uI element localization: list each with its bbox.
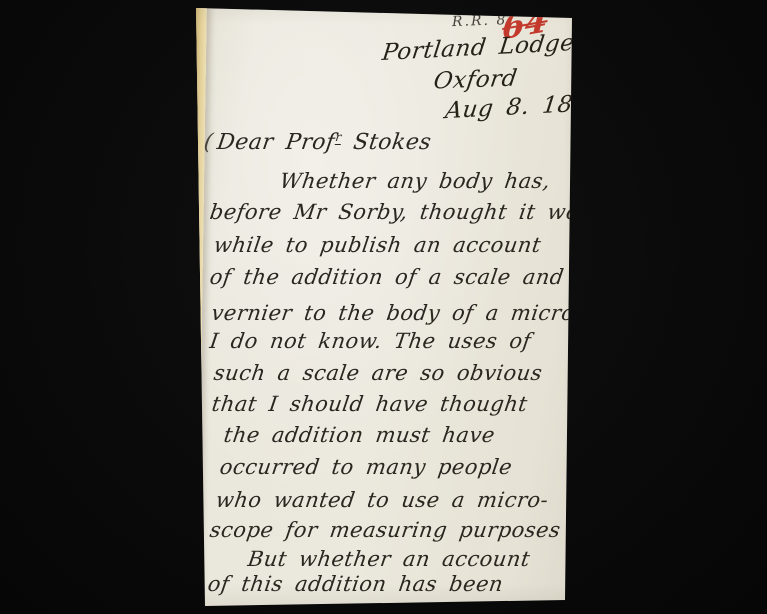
greeting-post: Stokes — [339, 130, 433, 155]
letter-line: such a scale are so obvious — [212, 359, 544, 387]
address-line-lodge: Portland Lodge — [381, 29, 577, 67]
letter-line: the addition must have — [222, 421, 497, 449]
letter-line: vernier to the body of a microscope — [210, 294, 620, 327]
letter-line: of this addition has been — [206, 570, 505, 598]
letter-line: But whether an account — [246, 545, 532, 573]
letter-line: Whether any body has, — [278, 167, 552, 195]
greeting-pre: Dear Prof — [215, 130, 336, 155]
address-line-city: Oxford — [432, 65, 519, 96]
letter-line: I do not know. The uses of — [208, 327, 533, 355]
letter-line: that I should have thought — [210, 390, 529, 418]
letter-line: of the addition of a scale and — [208, 263, 566, 291]
greeting-line: (Dear Profr Stokes — [202, 129, 433, 157]
letter-line: occurred to many people — [218, 453, 514, 481]
pen-flourish-mark: ( — [202, 130, 215, 155]
letter-line-text: vernier to the body of a micros — [210, 301, 588, 325]
letter-line: before Mr Sorby, thought it worth — [208, 198, 615, 226]
page-folded-edge — [183, 0, 207, 614]
letter-page: R.R. 8. 64 Portland Lodge Oxford Aug 8. … — [168, 0, 580, 614]
letter-line: while to publish an account — [212, 231, 543, 259]
letter-line: who wanted to use a micro- — [214, 486, 550, 514]
letter-line: scope for measuring purposes — [208, 516, 562, 544]
letter-line-squeezed-word: cope — [586, 300, 619, 315]
photo-background: R.R. 8. 64 Portland Lodge Oxford Aug 8. … — [0, 0, 767, 614]
date-line: Aug 8. 1877 — [444, 89, 605, 125]
